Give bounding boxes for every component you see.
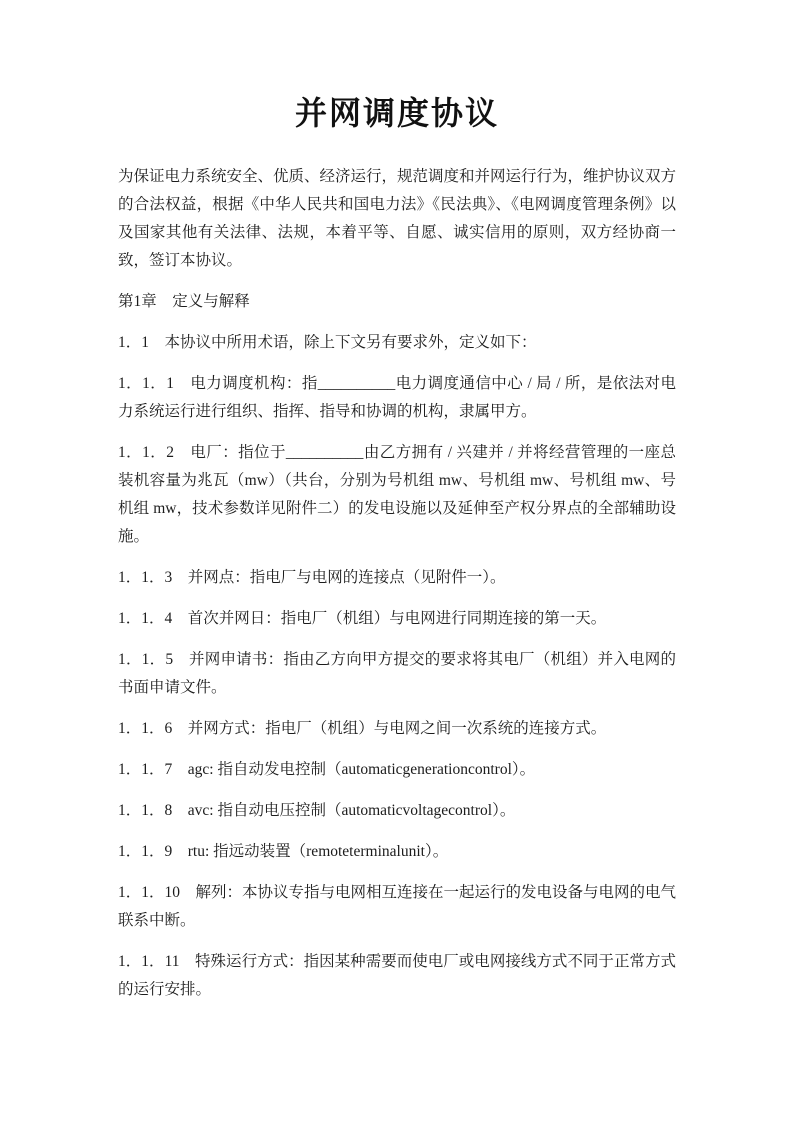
clause-1-1-11: 1．1．11 特殊运行方式：指因某种需要而使电厂或电网接线方式不同于正常方式的运… (118, 948, 676, 1004)
intro-paragraph: 为保证电力系统安全、优质、经济运行，规范调度和并网运行行为，维护协议双方的合法权… (118, 163, 676, 275)
clause-1-1-8: 1．1．8 avc: 指自动电压控制（automaticvoltagecontr… (118, 797, 676, 825)
clause-1-1: 1．1 本协议中所用术语，除上下文另有要求外，定义如下： (118, 329, 676, 357)
clause-1-1-7: 1．1．7 agc: 指自动发电控制（automaticgenerationco… (118, 756, 676, 784)
clause-1-1-3: 1．1．3 并网点：指电厂与电网的连接点（见附件一）。 (118, 564, 676, 592)
clause-1-1-5: 1．1．5 并网申请书：指由乙方向甲方提交的要求将其电厂（机组）并入电网的书面申… (118, 646, 676, 702)
clause-1-1-10: 1．1．10 解列：本协议专指与电网相互连接在一起运行的发电设备与电网的电气联系… (118, 879, 676, 935)
chapter-heading: 第1章 定义与解释 (118, 288, 676, 316)
clause-1-1-1: 1．1．1 电力调度机构：指__________电力调度通信中心 / 局 / 所… (118, 370, 676, 426)
document-title: 并网调度协议 (118, 92, 676, 134)
clause-1-1-4: 1．1．4 首次并网日：指电厂（机组）与电网进行同期连接的第一天。 (118, 605, 676, 633)
document-page: 并网调度协议 为保证电力系统安全、优质、经济运行，规范调度和并网运行行为，维护协… (0, 0, 793, 1122)
clause-1-1-2: 1．1．2 电厂：指位于__________由乙方拥有 / 兴建并 / 并将经营… (118, 439, 676, 551)
clause-1-1-6: 1．1．6 并网方式：指电厂（机组）与电网之间一次系统的连接方式。 (118, 715, 676, 743)
clause-1-1-9: 1．1．9 rtu: 指远动装置（remoteterminalunit）。 (118, 838, 676, 866)
